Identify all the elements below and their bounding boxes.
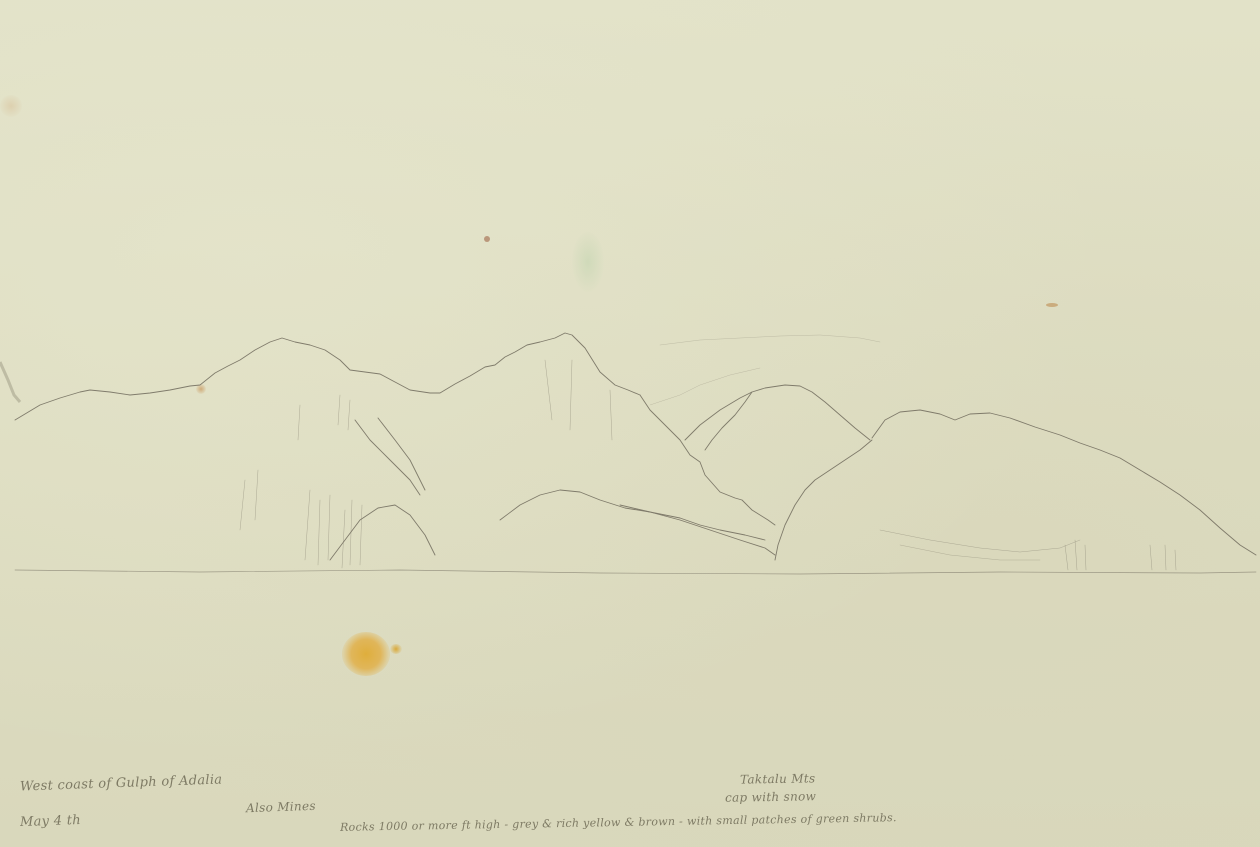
shrub-scribble <box>880 530 1080 552</box>
shrub-scribble <box>900 545 1040 560</box>
ridge-center-inner <box>705 392 752 450</box>
foothills-mid <box>500 490 775 555</box>
distant-ridge <box>660 335 880 345</box>
waterline <box>15 570 1256 574</box>
annotation-date: May 4 th <box>20 813 81 830</box>
annotation-mountain-label: Taktalu Mts <box>740 771 816 786</box>
annotation-place-label: Also Mines <box>246 799 316 815</box>
ridge-left <box>15 333 640 420</box>
slope-line <box>378 418 425 490</box>
mountain-sketch <box>0 0 1260 847</box>
distant-ridge <box>650 368 760 405</box>
ridge-right <box>872 410 1256 555</box>
ridge-right-front <box>775 440 872 560</box>
annotation-mountain-note: cap with snow <box>725 789 816 805</box>
edge-smudge <box>0 362 20 402</box>
slope-line <box>355 420 420 495</box>
foothills-left <box>330 505 435 560</box>
ridge-center-peak <box>685 385 870 440</box>
sketch-sheet: West coast of Gulph of Adalia May 4 th A… <box>0 0 1260 847</box>
foothills-right <box>620 505 765 540</box>
cliff-hatching <box>240 360 1176 570</box>
ridge-center-descent <box>640 395 775 525</box>
